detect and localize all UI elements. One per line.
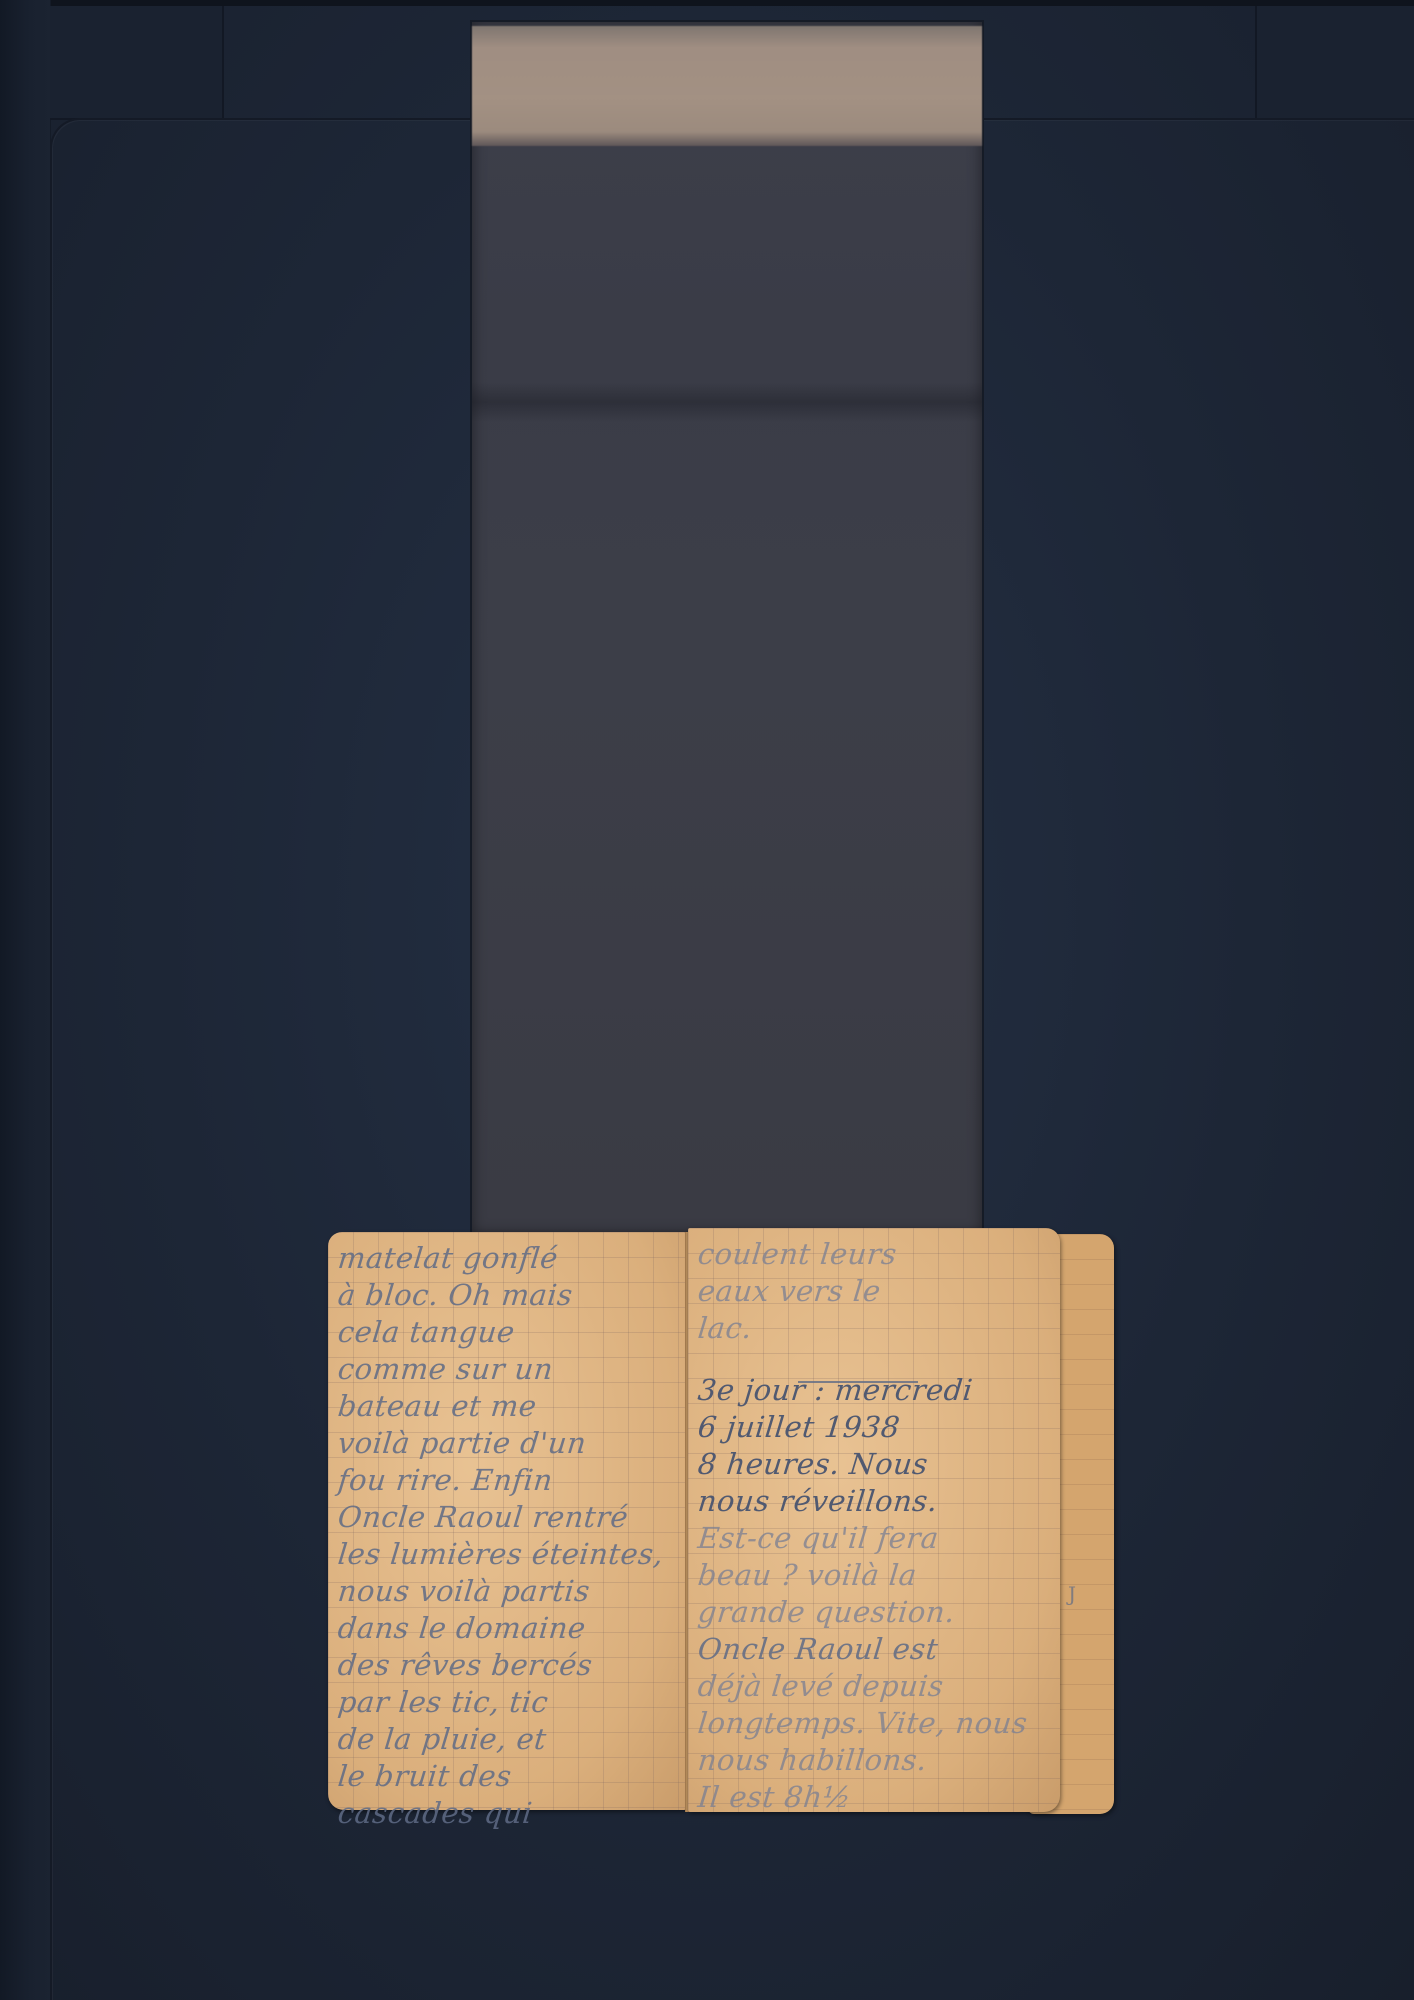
handwritten-line: les lumières éteintes, <box>336 1536 678 1573</box>
handwritten-line: dans le domaine <box>336 1610 678 1647</box>
handwritten-line: nous réveillons. <box>696 1483 1052 1520</box>
handwritten-line: le bruit des <box>336 1758 678 1795</box>
page-edge-mark: J <box>1068 1582 1076 1606</box>
handwritten-line: 8 heures. Nous <box>696 1446 1052 1483</box>
handwritten-line: lac. <box>696 1310 1052 1347</box>
handwritten-line: grande question. <box>696 1594 1052 1631</box>
strip-label-area <box>472 26 982 146</box>
folder-spine <box>0 0 51 2000</box>
notebook-left-page: matelat gonflé à bloc. Oh mais cela tang… <box>328 1232 686 1810</box>
handwritten-line: eaux vers le <box>696 1273 1052 1310</box>
handwritten-line: voilà partie d'un <box>336 1425 678 1462</box>
handwritten-line: à bloc. Oh mais <box>336 1277 678 1314</box>
right-page-text: coulent leurs eaux vers le lac. 3e jour … <box>688 1228 1060 1812</box>
handwritten-line: Oncle Raoul est <box>696 1631 1052 1668</box>
diary-entry-heading: 3e jour : mercredi <box>696 1372 1052 1409</box>
handwritten-line: comme sur un <box>336 1351 678 1388</box>
corner-tab-right <box>1255 6 1414 120</box>
translucent-strip <box>470 20 984 1236</box>
handwritten-line: déjà levé depuis <box>696 1668 1052 1705</box>
handwritten-line: longtemps. Vite, nous <box>696 1705 1052 1742</box>
handwritten-line: bateau et me <box>336 1388 678 1425</box>
handwritten-line: matelat gonflé <box>336 1240 678 1277</box>
blank-line <box>697 1347 1052 1372</box>
handwritten-line: des rêves bercés <box>336 1647 678 1684</box>
heading-underline <box>798 1381 918 1383</box>
handwritten-line: de la pluie, et <box>336 1721 678 1758</box>
handwritten-line: fou rire. Enfin <box>336 1462 678 1499</box>
handwritten-line: Il est 8h½ <box>696 1779 1052 1816</box>
handwritten-line: cela tangue <box>336 1314 678 1351</box>
handwritten-line: Oncle Raoul rentré <box>336 1499 678 1536</box>
notebook-right-page: coulent leurs eaux vers le lac. 3e jour … <box>688 1228 1060 1812</box>
strip-shadow-band <box>472 382 982 422</box>
handwritten-line: nous voilà partis <box>336 1573 678 1610</box>
handwritten-line: coulent leurs <box>696 1236 1052 1273</box>
handwritten-line: nous habillons. <box>696 1742 1052 1779</box>
left-page-text: matelat gonflé à bloc. Oh mais cela tang… <box>328 1232 686 1810</box>
notebook: matelat gonflé à bloc. Oh mais cela tang… <box>328 1228 1088 1818</box>
diary-entry-date: 6 juillet 1938 <box>696 1409 1052 1446</box>
handwritten-line: beau ? voilà la <box>696 1557 1052 1594</box>
handwritten-line: Est-ce qu'il fera <box>696 1520 1052 1557</box>
handwritten-line: par les tic, tic <box>336 1684 678 1721</box>
corner-tab-left <box>50 6 224 120</box>
handwritten-line: cascades qui <box>336 1795 678 1832</box>
